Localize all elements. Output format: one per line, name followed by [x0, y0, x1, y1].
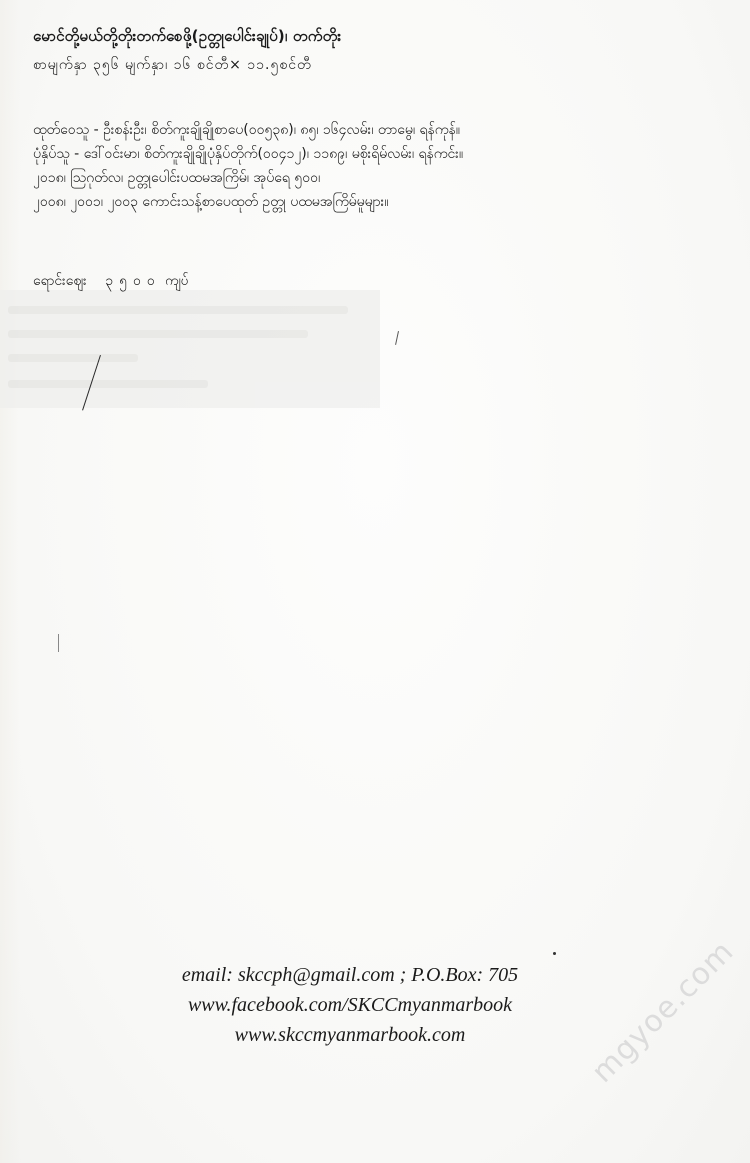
publisher-line: ထုတ်ဝေသူ - ဦးစန်းဦး၊ စိတ်ကူးချိုချိုစာပေ… — [33, 118, 463, 142]
price-line: ရောင်းဈေး ၃၅၀၀ ကျပ် — [33, 271, 189, 292]
bleed-through-line — [8, 380, 208, 388]
price-unit: ကျပ် — [165, 273, 188, 289]
contact-block: email: skccph@gmail.com ; P.O.Box: 705 w… — [130, 960, 570, 1050]
email-line: email: skccph@gmail.com ; P.O.Box: 705 — [130, 960, 570, 990]
imprint-block: ထုတ်ဝေသူ - ဦးစန်းဦး၊ စိတ်ကူးချိုချိုစာပေ… — [33, 118, 463, 214]
pen-scratch-mark — [58, 634, 59, 652]
book-title-line: မောင်တို့မယ်တို့တိုးတက်စေဖို့(ဥတ္တုပေါင်… — [33, 27, 341, 49]
edition-line: ၂၀၁၈၊ ဩဂုတ်လ၊ ဥတ္တုပေါင်းပထမအကြိမ်၊ အုပ်… — [33, 166, 463, 190]
website-link[interactable]: www.skccmyanmarbook.com — [130, 1020, 570, 1050]
price-amount: ၃၅၀၀ — [105, 273, 161, 289]
printer-line: ပုံနှိပ်သူ - ဒေါ်ဝင်းမာ၊ စိတ်ကူးချိုချို… — [33, 142, 463, 166]
previous-editions-line: ၂၀၀၈၊ ၂၀၀၁၊ ၂၀၀၃ ကောင်းသန့်စာပေထုတ် ဥတ္တ… — [33, 190, 463, 214]
price-label: ရောင်းဈေး — [33, 273, 87, 289]
bleed-through-line — [8, 306, 348, 314]
bleed-through-line — [8, 330, 308, 338]
facebook-link[interactable]: www.facebook.com/SKCCmyanmarbook — [130, 990, 570, 1020]
bleed-through-shadow — [0, 290, 380, 408]
ink-dot — [553, 952, 556, 955]
book-specs-line: စာမျက်နှာ ၃၅၆ မျက်နှာ၊ ၁၆ စင်တီ× ၁၁.၅စင်… — [33, 55, 312, 76]
bleed-through-line — [8, 354, 138, 362]
